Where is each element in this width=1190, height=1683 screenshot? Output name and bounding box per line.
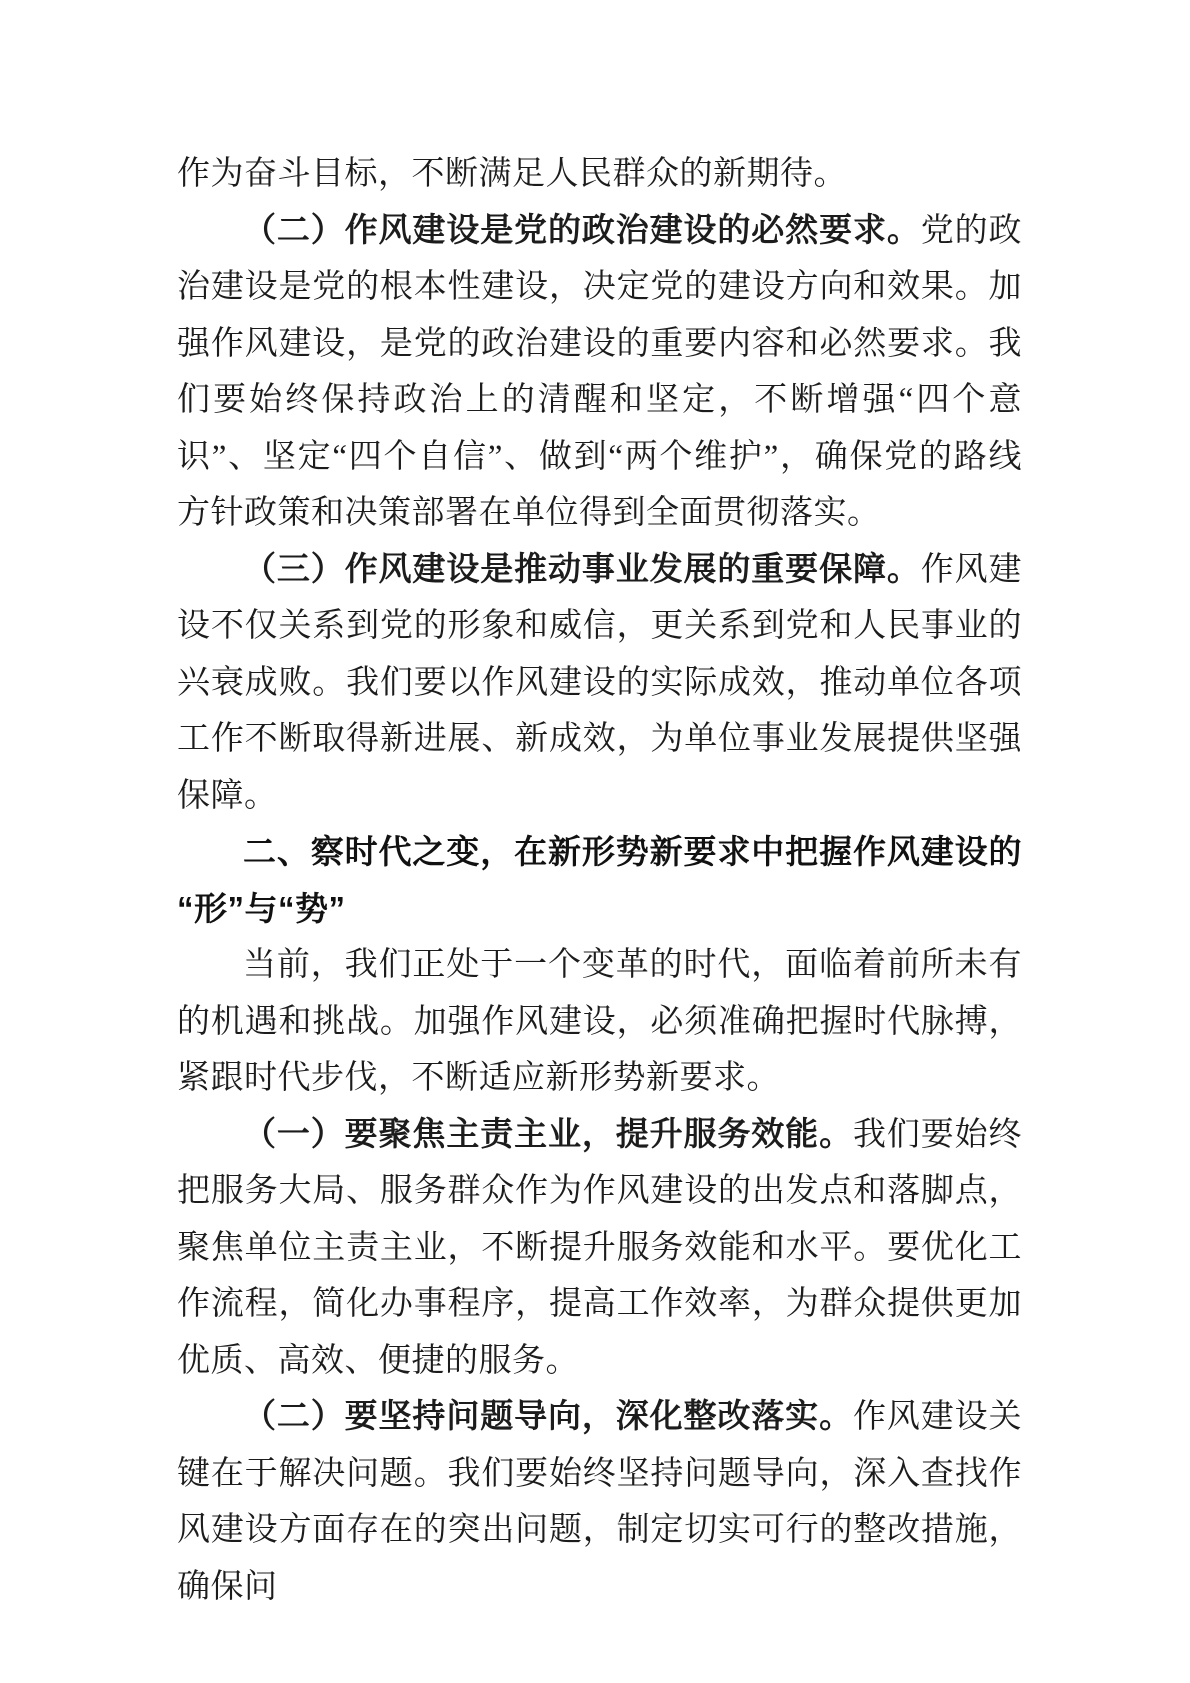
paragraph: 当前，我们正处于一个变革的时代，面临着前所未有的机遇和挑战。加强作风建设，必须准… <box>177 937 1022 1107</box>
paragraph-text: 作风建设不仅关系到党的形象和威信，更关系到党和人民事业的兴衰成败。我们要以作风建… <box>177 552 1022 814</box>
paragraph-lead: （二）作风建设是党的政治建设的必然要求。 <box>243 213 921 249</box>
paragraph: （三）作风建设是推动事业发展的重要保障。作风建设不仅关系到党的形象和威信，更关系… <box>177 542 1022 825</box>
paragraph: （一）要聚焦主责主业，提升服务效能。我们要始终把服务大局、服务群众作为作风建设的… <box>177 1107 1022 1390</box>
document-body: 作为奋斗目标，不断满足人民群众的新期待。 （二）作风建设是党的政治建设的必然要求… <box>177 146 1022 1615</box>
section-heading: 二、察时代之变，在新形势新要求中把握作风建设的“形”与“势” <box>177 824 1022 937</box>
paragraph-continuation: 作为奋斗目标，不断满足人民群众的新期待。 <box>177 146 1022 203</box>
section-heading-text: 二、察时代之变，在新形势新要求中把握作风建设的“形”与“势” <box>177 833 1022 927</box>
paragraph: （二）要坚持问题导向，深化整改落实。作风建设关键在于解决问题。我们要始终坚持问题… <box>177 1389 1022 1615</box>
paragraph: （二）作风建设是党的政治建设的必然要求。党的政治建设是党的根本性建设，决定党的建… <box>177 203 1022 542</box>
paragraph-lead: （二）要坚持问题导向，深化整改落实。 <box>243 1399 853 1435</box>
paragraph-text: 党的政治建设是党的根本性建设，决定党的建设方向和效果。加强作风建设，是党的政治建… <box>177 213 1022 532</box>
paragraph-text: 我们要始终把服务大局、服务群众作为作风建设的出发点和落脚点，聚焦单位主责主业，不… <box>177 1117 1022 1379</box>
document-page: 作为奋斗目标，不断满足人民群众的新期待。 （二）作风建设是党的政治建设的必然要求… <box>0 0 1190 1683</box>
paragraph-text: 作为奋斗目标，不断满足人民群众的新期待。 <box>177 156 847 192</box>
paragraph-lead: （三）作风建设是推动事业发展的重要保障。 <box>243 552 921 588</box>
paragraph-lead: （一）要聚焦主责主业，提升服务效能。 <box>243 1117 853 1153</box>
paragraph-text: 当前，我们正处于一个变革的时代，面临着前所未有的机遇和挑战。加强作风建设，必须准… <box>177 947 1022 1096</box>
